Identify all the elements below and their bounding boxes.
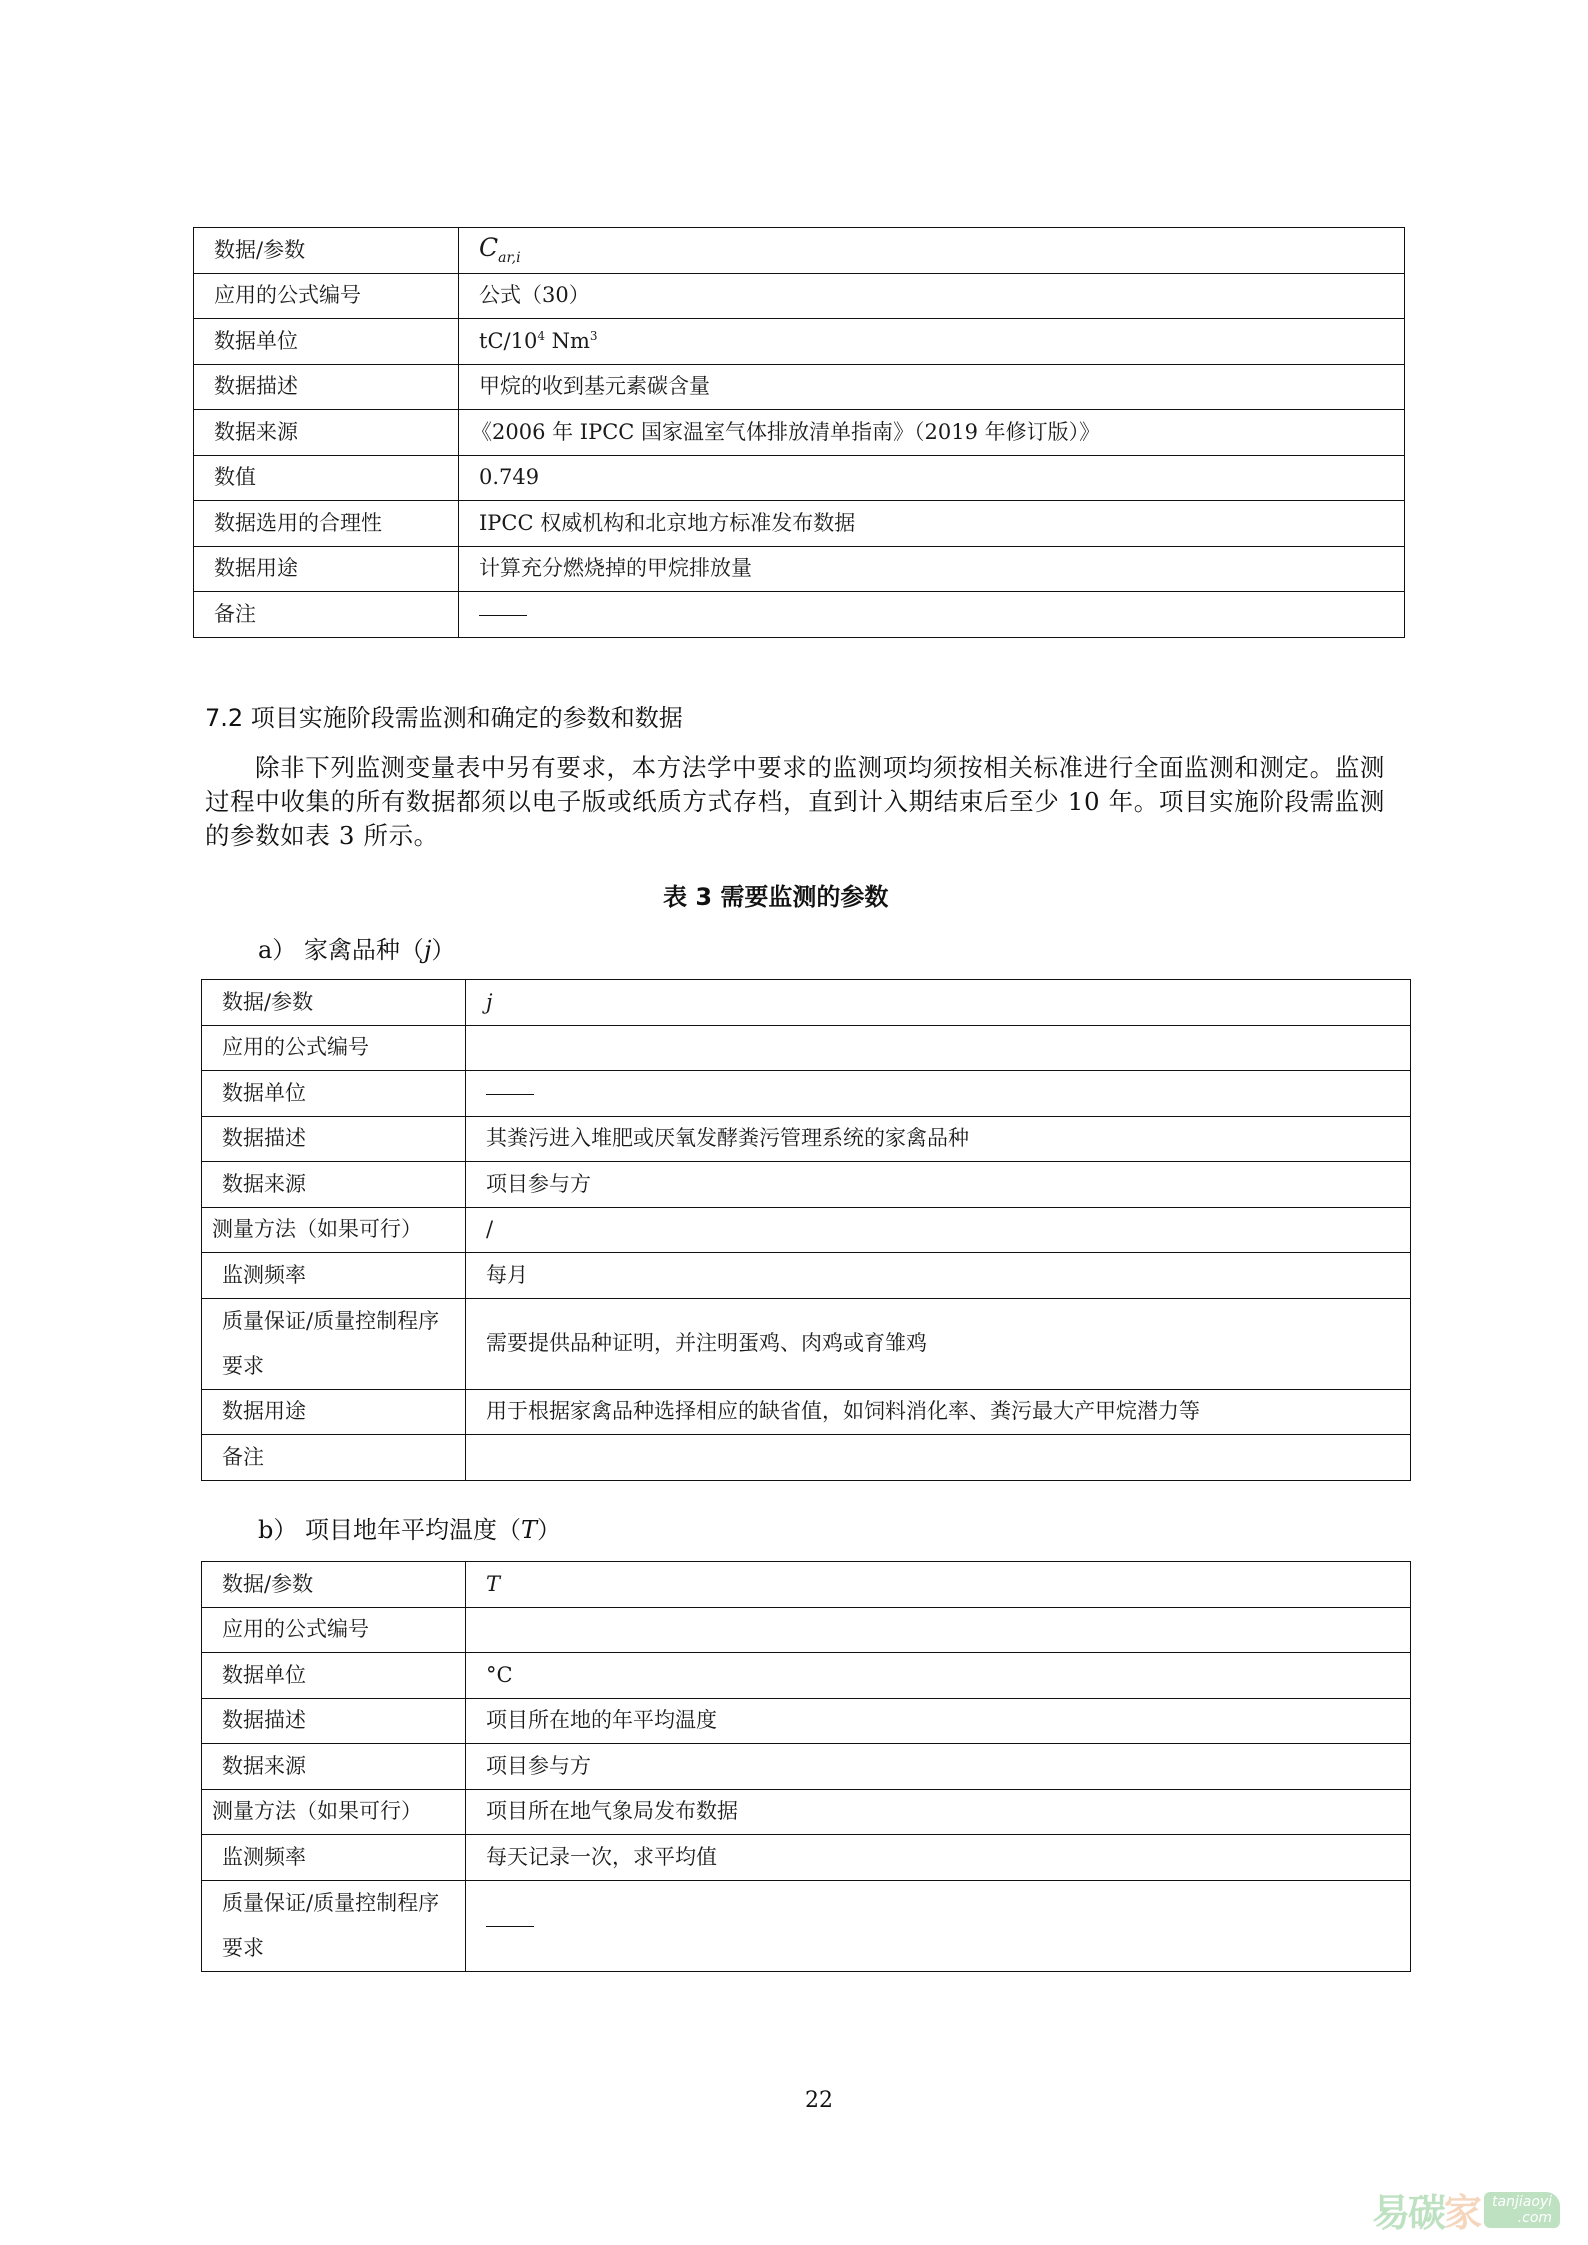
row-label: 监测频率 bbox=[202, 1835, 466, 1881]
row-value: 用于根据家禽品种选择相应的缺省值，如饲料消化率、粪污最大产甲烷潜力等 bbox=[466, 1389, 1411, 1435]
row-label: 数据用途 bbox=[194, 546, 459, 592]
page-number: 22 bbox=[805, 2088, 833, 2113]
table-row: 质量保证/质量控制程序要求 需要提供品种证明，并注明蛋鸡、肉鸡或育雏鸡 bbox=[202, 1298, 1411, 1389]
table-row: 测量方法（如果可行） / bbox=[202, 1207, 1411, 1253]
em-dash bbox=[486, 1094, 534, 1095]
table-row: 数据用途 用于根据家禽品种选择相应的缺省值，如饲料消化率、粪污最大产甲烷潜力等 bbox=[202, 1389, 1411, 1435]
unit-text: Nm bbox=[545, 329, 590, 353]
title-variable: T bbox=[521, 1516, 537, 1544]
row-label: 数据描述 bbox=[202, 1116, 466, 1162]
watermark-logo: 易碳 家 tanjiaoyi .com bbox=[1372, 2182, 1560, 2237]
row-label: 数据单位 bbox=[202, 1653, 466, 1699]
parameter-table-annual-temperature: 数据/参数 T 应用的公式编号 数据单位 °C 数据描述 项目所在地的年平均温度… bbox=[201, 1561, 1411, 1972]
row-label: 备注 bbox=[194, 592, 459, 638]
row-value: 每月 bbox=[466, 1253, 1411, 1299]
row-value bbox=[459, 592, 1405, 638]
row-label: 数据/参数 bbox=[202, 980, 466, 1026]
row-label: 监测频率 bbox=[202, 1253, 466, 1299]
row-label: 数据描述 bbox=[194, 364, 459, 410]
table-row: 数据/参数 T bbox=[202, 1562, 1411, 1608]
row-value: 0.749 bbox=[459, 455, 1405, 501]
table-row: 数据来源 《2006 年 IPCC 国家温室气体排放清单指南》（2019 年修订… bbox=[194, 410, 1405, 456]
table-row: 数据单位 °C bbox=[202, 1653, 1411, 1699]
title-text: b） 项目地年平均温度（ bbox=[258, 1516, 521, 1544]
row-value bbox=[466, 1071, 1411, 1117]
row-value: 需要提供品种证明，并注明蛋鸡、肉鸡或育雏鸡 bbox=[466, 1298, 1411, 1389]
row-value: T bbox=[466, 1562, 1411, 1608]
row-label: 质量保证/质量控制程序要求 bbox=[202, 1298, 466, 1389]
table-row: 监测频率 每月 bbox=[202, 1253, 1411, 1299]
row-label: 数据来源 bbox=[194, 410, 459, 456]
row-value: tC/104 Nm3 bbox=[459, 319, 1405, 365]
title-text: ） bbox=[537, 1516, 561, 1544]
table-b-title: b） 项目地年平均温度（T） bbox=[258, 1510, 561, 1545]
table-row: 应用的公式编号 bbox=[202, 1607, 1411, 1653]
row-value: 计算充分燃烧掉的甲烷排放量 bbox=[459, 546, 1405, 592]
row-value: 每天记录一次，求平均值 bbox=[466, 1835, 1411, 1881]
unit-exponent: 4 bbox=[537, 329, 545, 343]
table-row: 质量保证/质量控制程序要求 bbox=[202, 1880, 1411, 1971]
badge-line: .com bbox=[1492, 2210, 1552, 2226]
table-row: 测量方法（如果可行） 项目所在地气象局发布数据 bbox=[202, 1789, 1411, 1835]
table-row: 数据描述 甲烷的收到基元素碳含量 bbox=[194, 364, 1405, 410]
badge-line: tanjiaoyi bbox=[1492, 2194, 1552, 2210]
table-row: 备注 bbox=[202, 1435, 1411, 1481]
table-row: 数值 0.749 bbox=[194, 455, 1405, 501]
watermark-text: 易碳 bbox=[1372, 2182, 1444, 2237]
row-value: 项目所在地的年平均温度 bbox=[466, 1698, 1411, 1744]
row-value: 项目参与方 bbox=[466, 1162, 1411, 1208]
table-row: 数据来源 项目参与方 bbox=[202, 1162, 1411, 1208]
row-value: / bbox=[466, 1207, 1411, 1253]
row-label: 数据来源 bbox=[202, 1744, 466, 1790]
table-row: 数据描述 项目所在地的年平均温度 bbox=[202, 1698, 1411, 1744]
row-label: 质量保证/质量控制程序要求 bbox=[202, 1880, 466, 1971]
table-row: 应用的公式编号 bbox=[202, 1025, 1411, 1071]
table-row: 数据来源 项目参与方 bbox=[202, 1744, 1411, 1790]
param-subscript: ar,i bbox=[498, 250, 520, 266]
row-label: 备注 bbox=[202, 1435, 466, 1481]
table-row: 备注 bbox=[194, 592, 1405, 638]
row-value: 项目参与方 bbox=[466, 1744, 1411, 1790]
row-value: j bbox=[466, 980, 1411, 1026]
table-a-title: a） 家禽品种（j） bbox=[258, 930, 455, 965]
row-value: 《2006 年 IPCC 国家温室气体排放清单指南》（2019 年修订版）》 bbox=[459, 410, 1405, 456]
row-label: 数据单位 bbox=[194, 319, 459, 365]
row-value: Car,i bbox=[459, 228, 1405, 274]
title-text: a） 家禽品种（ bbox=[258, 936, 424, 964]
row-label: 数值 bbox=[194, 455, 459, 501]
row-value: °C bbox=[466, 1653, 1411, 1699]
row-label: 应用的公式编号 bbox=[202, 1607, 466, 1653]
row-value: IPCC 权威机构和北京地方标准发布数据 bbox=[459, 501, 1405, 547]
row-value: 其粪污进入堆肥或厌氧发酵粪污管理系统的家禽品种 bbox=[466, 1116, 1411, 1162]
row-label: 测量方法（如果可行） bbox=[202, 1207, 466, 1253]
title-text: ） bbox=[431, 936, 455, 964]
row-label: 数据单位 bbox=[202, 1071, 466, 1117]
parameter-table-car-i: 数据/参数 Car,i 应用的公式编号 公式（30） 数据单位 tC/104 N… bbox=[193, 227, 1405, 638]
table-row: 数据/参数 Car,i bbox=[194, 228, 1405, 274]
table-row: 数据描述 其粪污进入堆肥或厌氧发酵粪污管理系统的家禽品种 bbox=[202, 1116, 1411, 1162]
row-label: 测量方法（如果可行） bbox=[202, 1789, 466, 1835]
row-value bbox=[466, 1435, 1411, 1481]
em-dash bbox=[486, 1926, 534, 1927]
row-value: 项目所在地气象局发布数据 bbox=[466, 1789, 1411, 1835]
table-row: 数据单位 tC/104 Nm3 bbox=[194, 319, 1405, 365]
row-value bbox=[466, 1025, 1411, 1071]
row-label: 数据选用的合理性 bbox=[194, 501, 459, 547]
table-caption: 表 3 需要监测的参数 bbox=[663, 877, 888, 912]
row-label: 应用的公式编号 bbox=[202, 1025, 466, 1071]
parameter-table-poultry-breed: 数据/参数 j 应用的公式编号 数据单位 数据描述 其粪污进入堆肥或厌氧发酵粪污… bbox=[201, 979, 1411, 1481]
table-row: 数据选用的合理性 IPCC 权威机构和北京地方标准发布数据 bbox=[194, 501, 1405, 547]
table-row: 监测频率 每天记录一次，求平均值 bbox=[202, 1835, 1411, 1881]
watermark-text: 家 bbox=[1444, 2182, 1480, 2237]
watermark-badge: tanjiaoyi .com bbox=[1484, 2192, 1560, 2228]
unit-text: tC/10 bbox=[479, 329, 537, 353]
row-label: 数据/参数 bbox=[202, 1562, 466, 1608]
param-symbol: C bbox=[479, 233, 498, 262]
table-row: 数据用途 计算充分燃烧掉的甲烷排放量 bbox=[194, 546, 1405, 592]
row-value bbox=[466, 1607, 1411, 1653]
row-label: 数据描述 bbox=[202, 1698, 466, 1744]
table-row: 数据单位 bbox=[202, 1071, 1411, 1117]
section-paragraph: 除非下列监测变量表中另有要求，本方法学中要求的监测项均须按相关标准进行全面监测和… bbox=[205, 751, 1385, 853]
row-value bbox=[466, 1880, 1411, 1971]
table-row: 数据/参数 j bbox=[202, 980, 1411, 1026]
row-label: 数据来源 bbox=[202, 1162, 466, 1208]
em-dash bbox=[479, 615, 527, 616]
row-label: 数据用途 bbox=[202, 1389, 466, 1435]
unit-exponent: 3 bbox=[590, 329, 598, 343]
row-value: 甲烷的收到基元素碳含量 bbox=[459, 364, 1405, 410]
row-label: 数据/参数 bbox=[194, 228, 459, 274]
row-label: 应用的公式编号 bbox=[194, 273, 459, 319]
row-value: 公式（30） bbox=[459, 273, 1405, 319]
table-row: 应用的公式编号 公式（30） bbox=[194, 273, 1405, 319]
section-heading: 7.2 项目实施阶段需监测和确定的参数和数据 bbox=[205, 698, 683, 733]
